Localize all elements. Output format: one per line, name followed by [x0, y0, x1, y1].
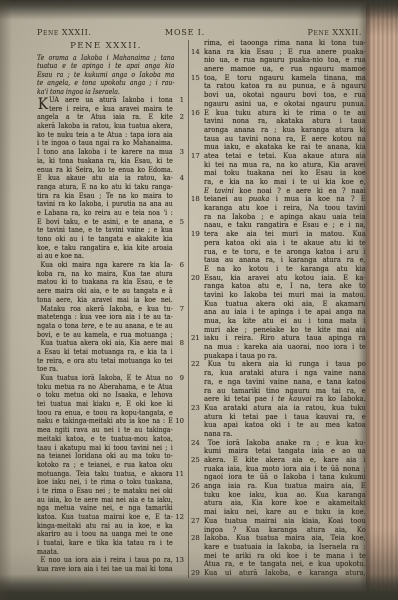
text-line: Esau ra ; te kukumi anga o Iakoba ma — [37, 71, 174, 80]
verse-number-slot — [170, 331, 184, 340]
book-fore-edge — [366, 0, 398, 600]
verse-number: 17 — [191, 152, 203, 161]
verse-number-slot — [191, 213, 203, 222]
text-line: anga iaia ra. Kua tuatua maira aia, E — [204, 482, 366, 491]
text-line: Kua tuatua iorā Iakoba, E te Atua no — [37, 374, 173, 383]
verse-number-slot — [191, 526, 203, 535]
text-line: ana au iaia i te apinga i te apai anga n… — [204, 308, 366, 317]
verse-number-slot — [170, 530, 184, 539]
verse-number-slot — [170, 209, 184, 218]
verse-number: 18 — [191, 195, 203, 204]
text-line: e Labana ra, ko reira au e teia noa 'i : — [37, 209, 173, 218]
text-line: i te rima o Esau nei ; te mataku nei oki — [37, 487, 173, 496]
text-line: toku metua ra no Aberahama, e te Atua — [37, 383, 173, 392]
verse-number: 6 — [170, 261, 184, 270]
right-verse-numbers: 14151617181920212223242526272829 — [191, 39, 203, 578]
left-verse-numbers: 12345678910111213 — [170, 96, 184, 574]
verse-number: 24 — [191, 439, 203, 448]
verse-number: 2 — [170, 113, 184, 122]
verse-number-slot — [191, 143, 203, 152]
text-line: koe, e taku rangatira e, kia kite aroaia — [37, 244, 173, 253]
verse-number-slot — [170, 157, 184, 166]
verse-number-slot — [170, 313, 184, 322]
verse-number-slot — [170, 452, 184, 461]
text-line: atura ki tetai pae i taua kauvai ra, e — [204, 413, 366, 422]
verse-number: 10 — [170, 417, 184, 426]
verse-number: 20 — [191, 274, 203, 283]
verse-number-slot — [170, 131, 184, 140]
verse-number-slot — [191, 56, 203, 65]
text-line: tuatua e te apinga i te apai anga kia — [37, 62, 174, 71]
verse-number-slot — [170, 357, 184, 366]
text-line: koba ra, na ko maira, Kua tae atura — [37, 270, 173, 279]
text-line: mai toku tuakana nei ko Esau ia koe — [204, 169, 366, 178]
verse-number-slot — [191, 352, 203, 361]
text-line: toe ra. — [37, 365, 173, 374]
text-line: tono oki au i te tangata e akakite kia — [37, 235, 173, 244]
text-line: ranga katoa atu e, I na, tera ake to — [204, 282, 366, 291]
text-line: taau i akatupu mai ki toou tavini nei ; … — [37, 444, 173, 453]
verse-number-slot — [170, 522, 184, 531]
text-line: ka'i tona ingoa ia Iseraela. — [37, 88, 174, 97]
text-line: akerā Iakoba ia ratou, kua tuatua akera, — [37, 122, 173, 131]
text-line: angela a te Atua iaia ra. E kite — [37, 113, 173, 122]
running-head-right: Pene XXXII. — [308, 28, 363, 37]
verse-number-slot — [191, 421, 203, 430]
verse-number: 7 — [170, 305, 184, 314]
text-line: mua iaku, e akataka ke rai te anana, kia — [204, 143, 366, 152]
text-line: te reira, e ora atu tetai motuanga ko te… — [37, 357, 173, 366]
text-line: taua au tavini nona ra, E aere kotou na — [204, 135, 366, 144]
verse-number-slot — [191, 187, 203, 196]
text-line: aere maira oki aia, e te au tangata e ā — [37, 287, 173, 296]
text-line: aere ki tetai pae i te kauvai ra ko Iabo… — [204, 395, 366, 404]
text-line: na teianei Ioridana oki au ma toku to- — [37, 452, 173, 461]
verse-number-slot — [170, 244, 184, 253]
text-line: Kua tuatua akera oki aia, Kia aere mai — [37, 339, 173, 348]
text-line: ta ratou katoa ra au punua, e ā ngauru — [204, 82, 366, 91]
verse-number-slot — [170, 539, 184, 548]
verse-number-slot — [191, 447, 203, 456]
verse-number-slot — [191, 300, 203, 309]
book-page: Pene XXXII. MOSE I. Pene XXXII. PENE XXX… — [0, 0, 398, 600]
verse-number: 19 — [191, 230, 203, 239]
text-line: kana ra kia Esau ; E rua anere puaka- — [204, 48, 366, 57]
text-line: Kua arataki atura aia ia ratou, kua tuku — [204, 404, 366, 413]
verse-number-slot — [191, 256, 203, 265]
verse-number-slot — [191, 178, 203, 187]
text-line: Mataku roa akerā Iakoba, e kua tu- — [37, 305, 173, 314]
text-line: ra na Iakoba ; e apinga akau uaia teia — [204, 213, 366, 222]
verse-number: 8 — [170, 339, 184, 348]
chapter-title: PENE XXXII. — [37, 41, 175, 51]
verse-number-slot — [170, 435, 184, 444]
verse-number-slot — [170, 383, 184, 392]
verse-number: 14 — [191, 48, 203, 57]
verse-number-slot — [191, 126, 203, 135]
verse-number-slot — [191, 430, 203, 439]
verse-number-slot — [170, 296, 184, 305]
text-line: tona aere, kia aravei mai ia koe nei. — [37, 296, 173, 305]
text-line: Te orama a Iakoba i Mahanaima ; tana — [37, 54, 174, 63]
text-line: E kua akaue atu aia ia ratou, ka- — [37, 174, 173, 183]
text-line: koe iaku nei, i te rima o toku tuakana, — [37, 478, 173, 487]
text-line: akariro au i toou na uanga mei te one — [37, 530, 173, 539]
text-line: Kua tu akera aia ki runga i taua po — [204, 360, 366, 369]
text-line: rima, ei taoonga rima nana ki tona tua- — [204, 39, 366, 48]
verse-number-slot — [191, 326, 203, 335]
text-line: karanga atu koe i reira, Na toou tavini — [204, 204, 366, 213]
text-line: katoa. Kua tuatua mairai koe e, E ta- — [37, 513, 173, 522]
text-line: o toku metua oki no Isaaka, e Iehova — [37, 391, 173, 400]
verse-number-slot — [191, 161, 203, 170]
verse-number-slot — [191, 39, 203, 48]
text-line: tei tuatua mai kiaku e, E oki koe ki — [37, 400, 173, 409]
verse-number-slot — [170, 235, 184, 244]
verse-number-slot — [191, 413, 203, 422]
verse-number-slot — [191, 369, 203, 378]
text-line: kinga-meitaki atu rai au ia koe, e ka — [37, 522, 173, 531]
verse-number: 26 — [191, 482, 203, 491]
verse-number-slot — [191, 82, 203, 91]
text-line: Kua oki maira nga karere ra kia Ia- — [37, 261, 173, 270]
verse-number-slot — [191, 308, 203, 317]
verse-number-slot — [170, 496, 184, 505]
text-line: te tavini tane, e te tavini vaine ; e ku… — [37, 226, 173, 235]
text-line: E bovi taku, e te asini, e te anana, e — [37, 218, 173, 227]
text-line: pera katoa oki aia i te akaue atu ki te — [204, 239, 366, 248]
text-line: muri ake ; peneiake ko te kite mai aia — [204, 326, 366, 335]
text-line: i tuatai, kare e tika kia tatau ra i te — [37, 539, 173, 548]
verse-number-slot — [170, 409, 184, 418]
verse-number-slot — [170, 139, 184, 148]
text-line: bovi, e te au kamela, e rua motuanga ; — [37, 331, 173, 340]
text-line: matou ki to tuakana ra kia Esau, e te — [37, 278, 173, 287]
chapter-summary: Te orama a Iakoba i Mahanaima ; tanatuat… — [37, 54, 174, 97]
verse-number-slot — [191, 100, 203, 109]
verse-number-slot — [191, 117, 203, 126]
text-line: enua ra ki Seira, ko te enua ko Edoma. — [37, 166, 173, 175]
verse-number-slot — [191, 473, 203, 482]
text-line: Esau, kia aravei atu kotou iaia. E ka- — [204, 274, 366, 283]
text-line: UA aere ua aturā Iakoba i tona — [37, 96, 173, 105]
text-line: atura aia, Kia kore koe e akameitaki — [204, 499, 366, 508]
text-line: mea ngiti rava au nei i te au takinga- — [37, 426, 173, 435]
verse-number-slot — [170, 252, 184, 261]
text-line: tere i reira, e kua aravei maira te — [37, 105, 173, 114]
text-line: E tavini koe noai ? e aere ki ea ? naai — [204, 187, 366, 196]
text-line: a Esau ki tetai motuanga ra, e kia ta i — [37, 348, 173, 357]
text-line: kumi maira tetai tangata iaia e ao ua — [204, 447, 366, 456]
text-line: nga metua vaine nei, e nga tamariki — [37, 504, 173, 513]
verse-number-slot — [170, 322, 184, 331]
text-line: aronga anana ra ; kua karanga atura ki — [204, 126, 366, 135]
text-line: kotoko ra ; e teianei, e rua katoa oku — [37, 461, 173, 470]
verse-number-slot — [191, 378, 203, 387]
text-line: tavini ko Iakoba tei muri mai ia matou. — [204, 291, 366, 300]
text-line: anere mamoe ua, e rua ngauru mamoe — [204, 65, 366, 74]
verse-number-slot — [170, 122, 184, 131]
verse-number: 27 — [191, 517, 203, 526]
verse-number: 3 — [170, 148, 184, 157]
verse-number: 5 — [170, 218, 184, 227]
verse-number-slot — [191, 387, 203, 396]
text-line: ai au e koe na. — [37, 252, 173, 261]
verse-number: 23 — [191, 404, 203, 413]
verse-number-slot — [170, 444, 184, 453]
right-column: rima, ei taoonga rima nana ki tona tua-k… — [204, 39, 366, 578]
left-shadow — [0, 0, 12, 600]
text-line: matetenga : kua vee iora aia i te au ta- — [37, 313, 173, 322]
scanned-page-photo: Pene XXXII. MOSE I. Pene XXXII. PENE XXX… — [0, 0, 398, 600]
verse-number-slot — [191, 135, 203, 144]
verse-number-slot — [170, 426, 184, 435]
verse-number-slot — [170, 391, 184, 400]
verse-number-slot — [191, 265, 203, 274]
text-line: nio ua, e rua ngauru puaka-nio toa, e ru… — [204, 56, 366, 65]
verse-number-slot — [191, 343, 203, 352]
verse-number-slot — [191, 204, 203, 213]
text-line: toa, E toru ngauru kamela tinana, ma — [204, 74, 366, 83]
text-line: ra au tamariki tino ngauru ma tai ra, e — [204, 387, 366, 396]
left-column: K UA aere ua aturā Iakoba i tonatere i r… — [37, 96, 173, 574]
text-line: Toe iorā Iakoba anake ra ; e kua ku- — [204, 439, 366, 448]
verse-number: 21 — [191, 334, 203, 343]
verse-number-slot — [191, 465, 203, 474]
verse-number-slot — [170, 278, 184, 287]
text-line: bovi ua, okotai ngauru bovi toa, e rua — [204, 91, 366, 100]
verse-number-slot — [191, 65, 203, 74]
dropcap-letter: K — [38, 96, 48, 113]
verse-number-slot — [170, 287, 184, 296]
verse-number-slot — [170, 105, 184, 114]
text-line: ki tei na mua ra, na ko atura, Kia arave… — [204, 161, 366, 170]
text-line: E kua tuku atura ki te rima o te au — [204, 109, 366, 118]
verse-number-slot — [191, 91, 203, 100]
verse-number: 4 — [170, 174, 184, 183]
text-line: mua, ka kite atu ei au i tona mata i — [204, 317, 366, 326]
verse-number: 22 — [191, 360, 203, 369]
text-line: tavini ra ko Iakoba, i purutia na ana au — [37, 200, 173, 209]
text-line: ranga atura, E na ko atu ki taku ranga- — [37, 183, 173, 192]
verse-number-slot — [170, 400, 184, 409]
column-rule — [188, 40, 189, 578]
text-line: taua au anana ra, i karanga atura ra e, — [204, 256, 366, 265]
text-line: na mua : kareka aia uaorai, noo iora i t… — [204, 343, 366, 352]
text-line: kua apai katoa oki i te au mea katoa — [204, 421, 366, 430]
verse-number-slot — [170, 365, 184, 374]
text-line: nana ra. — [204, 430, 366, 439]
verse-number-slot — [170, 478, 184, 487]
text-line: tuku koe iaku, kua ao. Kua karanga — [204, 491, 366, 500]
text-line: naku e takinga-meitaki atu ia koe na : E — [37, 417, 173, 426]
text-line: mai iaku nei, kare au e tuku ia koe. — [204, 508, 366, 517]
text-line: Kua tuatua akera oki aia, E akamaru — [204, 300, 366, 309]
verse-number-slot — [170, 270, 184, 279]
text-line: ra, e kia na ko mai i te ui kia koe e, — [204, 178, 366, 187]
verse-number-slot — [170, 226, 184, 235]
verse-number-slot — [170, 166, 184, 175]
text-line: ia, ki tona tuakana ra, kia Esau, ki te — [37, 157, 173, 166]
verse-number: 11 — [170, 470, 184, 479]
text-line: iaku i reira. Riro atura taua apinga ra — [204, 334, 366, 343]
text-line: akera. E kite akera aia e, kare aia i — [204, 456, 366, 465]
verse-number: 15 — [191, 74, 203, 83]
verse-number-slot — [191, 239, 203, 248]
verse-number: 16 — [191, 109, 203, 118]
text-line: ruaka iaia, kua moto iora aia i te ūā no… — [204, 465, 366, 474]
text-line: ingoa ? Kua karanga atura aia, Ko — [204, 526, 366, 535]
verse-number: 1 — [170, 96, 184, 105]
verse-number-slot — [191, 169, 203, 178]
top-shadow — [0, 0, 398, 20]
text-line: puakapa i taua po ra. — [204, 352, 366, 361]
verse-number: 28 — [191, 534, 203, 543]
verse-number-slot — [170, 183, 184, 192]
text-line: tavini nona ra, akataka atura i taua — [204, 117, 366, 126]
verse-number-slot — [170, 487, 184, 496]
verse-number-slot — [191, 317, 203, 326]
text-line: motuanga. Teia taku tuatua, e akaora — [37, 470, 173, 479]
verse-number-slot — [191, 499, 203, 508]
text-line: au iaia, ko te aere mai nei aia e ta iak… — [37, 496, 173, 505]
verse-number: 12 — [170, 513, 184, 522]
verse-number: 25 — [191, 456, 203, 465]
text-line: E na ko kotou i te karanga atu kia — [204, 265, 366, 274]
verse-number-slot — [170, 504, 184, 513]
text-line: ngaoi iora te ūā o Iakoba i tana kukumi — [204, 473, 366, 482]
running-head-left: Pene XXXII. — [37, 28, 92, 37]
verse-number-slot — [191, 291, 203, 300]
verse-number-slot — [191, 248, 203, 257]
running-head-center: MOSE I. — [165, 28, 205, 37]
text-line: teianei au puaka i mua ia koe na ? E — [204, 195, 366, 204]
verse-number-slot — [170, 200, 184, 209]
verse-number-slot — [191, 221, 203, 230]
text-line: rua, e te toru, e te aronga katoa i aru … — [204, 248, 366, 257]
text-line: meitaki katoa, e te tuatua-mou katoa, — [37, 435, 173, 444]
text-line: Kua tuatua mairai aia kiaia, Koai toou — [204, 517, 366, 526]
text-line: ngauru asini ua, e okotai ngauru punua. — [204, 100, 366, 109]
text-line: ngata o tona tere, e te au anana, e te a… — [37, 322, 173, 331]
text-line: tera ake aia tei muri ia matou. Kua — [204, 230, 366, 239]
verse-number-slot — [191, 491, 203, 500]
verse-number-slot — [191, 508, 203, 517]
text-line: toou ra enua, e toou ra kopu-tangata, e — [37, 409, 173, 418]
running-head: Pene XXXII. MOSE I. Pene XXXII. — [37, 28, 362, 39]
verse-number-slot — [191, 395, 203, 404]
text-line: ra, e nga tavini vaine nana, e tana kato… — [204, 378, 366, 387]
text-line: i te ingoa o taua ngai ra ko Mahanaima. — [37, 139, 173, 148]
text-line: te angela, e tona upokotu anga ; i rau- — [37, 79, 174, 88]
text-line: I tono ana Iakoba i te karere na mua — [37, 148, 173, 157]
text-line: ko te nuku teia a te Atua : tapa iora ai… — [37, 131, 173, 140]
text-line: Iakoba. Kua tuatua maira aia, Teia koe, — [204, 534, 366, 543]
text-line: atea tetai e tetai. Kua akaue atura aia — [204, 152, 366, 161]
verse-number: 9 — [170, 374, 184, 383]
verse-number-slot — [191, 282, 203, 291]
verse-number-slot — [170, 348, 184, 357]
verse-number-slot — [170, 192, 184, 201]
text-line: naau, e taku rangatira e Esau e ; e i na… — [204, 221, 366, 230]
text-line: tira ra kia Esau ; Te na ko maira to — [37, 192, 173, 201]
verse-number-slot — [170, 461, 184, 470]
text-line: ra, kua arataki atura i nga vaine nana — [204, 369, 366, 378]
bottom-shadow — [0, 548, 398, 600]
